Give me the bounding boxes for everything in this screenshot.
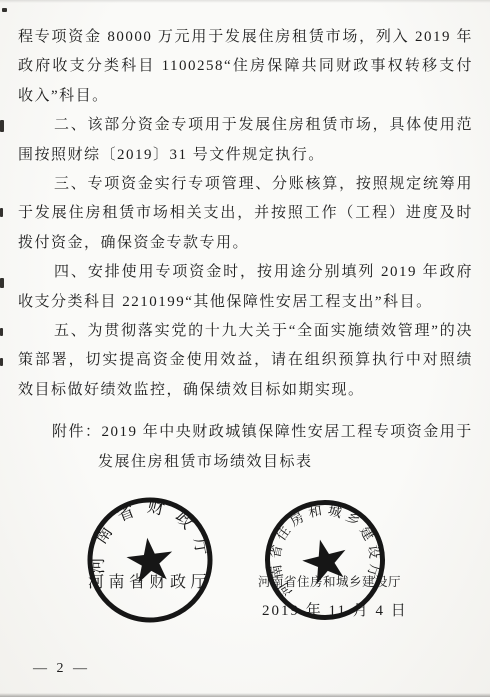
paragraph: 三、专项资金实行专项管理、分账核算，按照规定统筹用于发展住房租赁市场相关支出，并…	[18, 170, 473, 258]
scan-artifact	[0, 278, 4, 288]
scan-artifact	[2, 8, 7, 12]
finance-seal: 河南省财政厅 ★	[74, 484, 226, 636]
scan-artifact	[0, 358, 3, 366]
paragraph: 程专项资金 80000 万元用于发展住房租赁市场，列入 2019 年政府收支分类…	[18, 23, 473, 111]
scan-edge-shadow	[0, 0, 490, 3]
paragraph: 四、安排使用专项资金时，按用途分别填列 2019 年政府收支分类科目 22101…	[18, 258, 473, 317]
attachment-line: 附件：2019 年中央财政城镇保障性安居工程专项资金用于	[52, 418, 473, 447]
attachment-line: 发展住房租赁市场绩效目标表	[98, 448, 473, 477]
star-icon: ★	[119, 525, 180, 597]
page-number: — 2 —	[33, 661, 90, 677]
scan-edge-shadow	[0, 693, 490, 697]
scan-artifact	[0, 120, 4, 132]
paragraph: 二、该部分资金专项用于发展住房租赁市场，具体使用范围按照财综〔2019〕31 号…	[18, 111, 473, 170]
document-page: 程专项资金 80000 万元用于发展住房租赁市场，列入 2019 年政府收支分类…	[0, 0, 490, 697]
scan-artifact	[0, 328, 3, 336]
document-body: 程专项资金 80000 万元用于发展住房租赁市场，列入 2019 年政府收支分类…	[18, 23, 473, 477]
star-icon: ★	[292, 524, 358, 600]
attachment-note: 附件：2019 年中央财政城镇保障性安居工程专项资金用于 发展住房租赁市场绩效目…	[18, 418, 473, 477]
paragraph: 五、为贯彻落实党的十九大关于“全面实施绩效管理”的决策部署，切实提高资金使用效益…	[18, 317, 473, 405]
scan-artifact	[0, 208, 3, 217]
